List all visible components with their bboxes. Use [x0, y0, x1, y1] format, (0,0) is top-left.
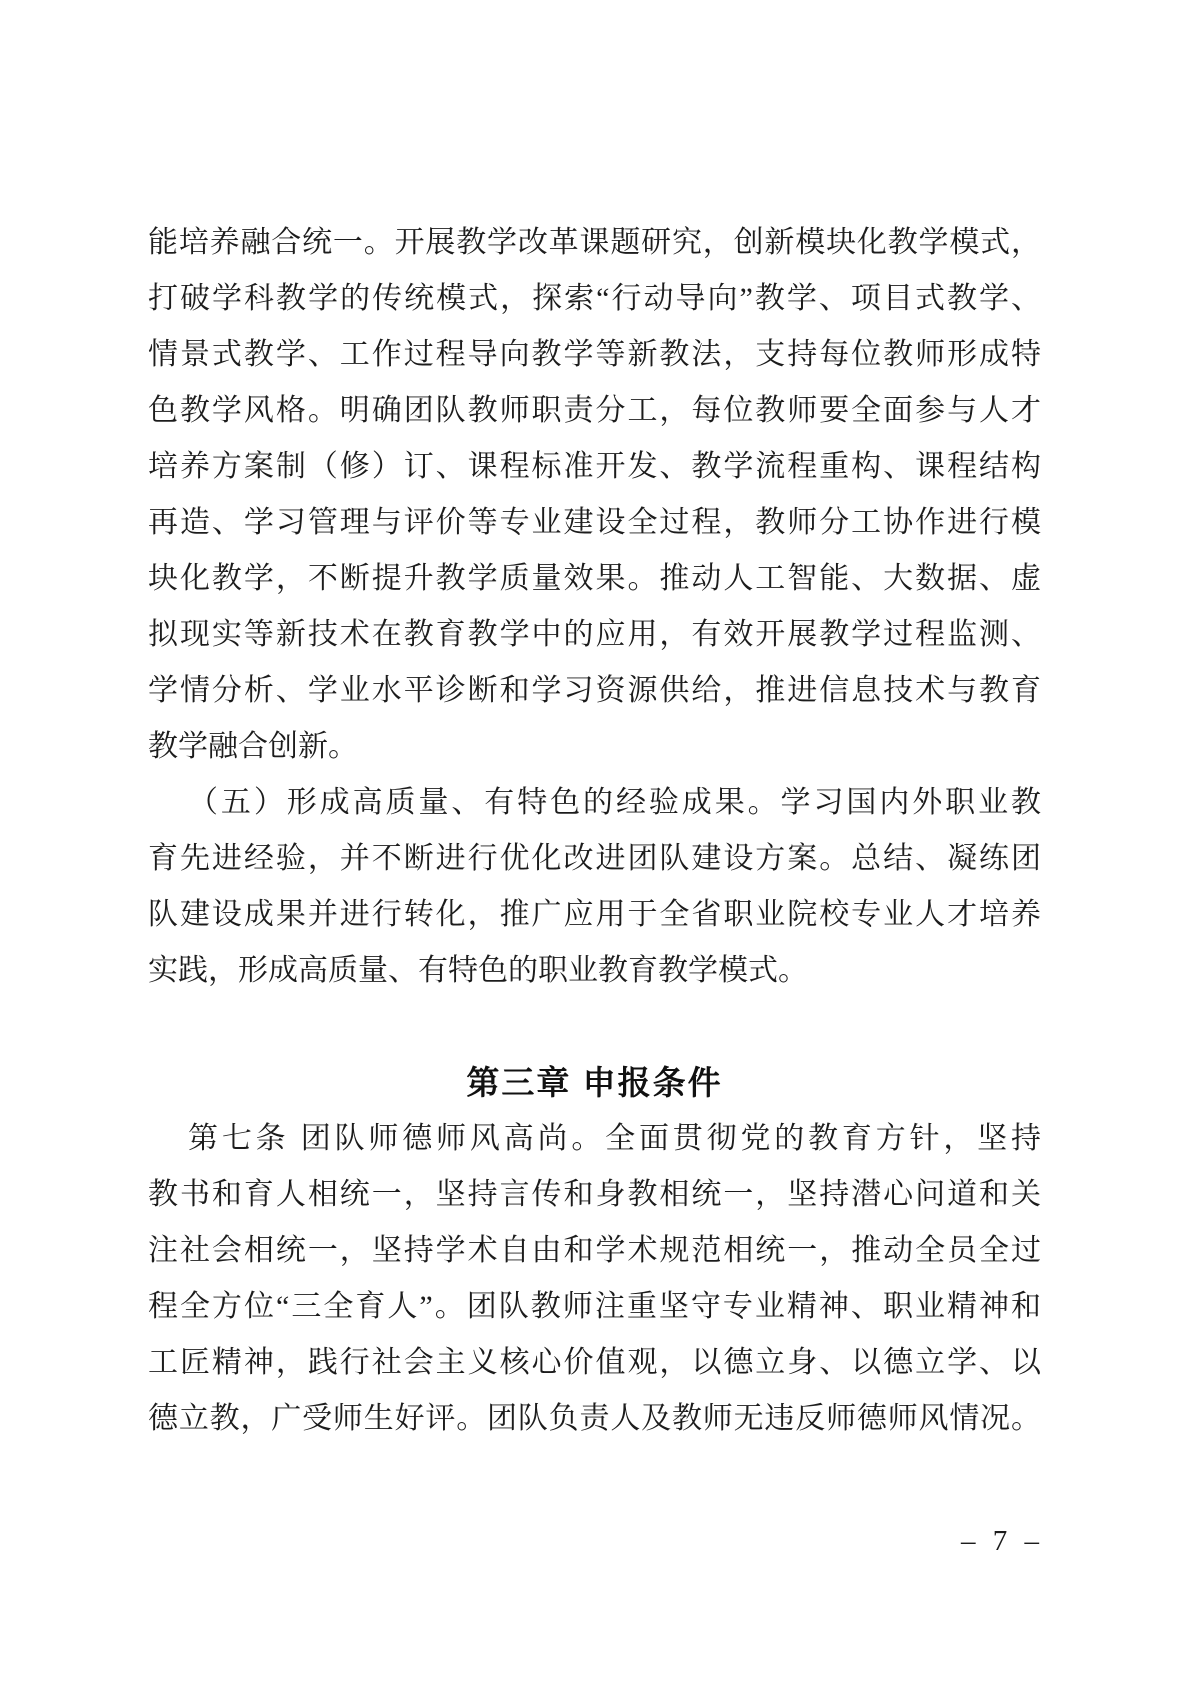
body-text-line: 德立教，广受师生好评。团队负责人及教师无违反师德师风情况。 [148, 1391, 1041, 1447]
body-text-line: 培养方案制（修）订、课程标准开发、教学流程重构、课程结构 [148, 439, 1041, 495]
body-text-line: 打破学科教学的传统模式，探索“行动导向”教学、项目式教学、 [148, 271, 1041, 327]
body-text-line: 色教学风格。明确团队教师职责分工，每位教师要全面参与人才 [148, 383, 1041, 439]
body-text-line: （五）形成高质量、有特色的经验成果。学习国内外职业教 [148, 775, 1041, 831]
body-text-line: 第七条 团队师德师风高尚。全面贯彻党的教育方针，坚持 [148, 1111, 1041, 1167]
blank-line [148, 999, 1041, 1055]
document-text-block: 能培养融合统一。开展教学改革课题研究，创新模块化教学模式， 打破学科教学的传统模… [148, 215, 1041, 1447]
chapter-heading: 第三章 申报条件 [148, 1055, 1041, 1111]
body-text-line: 队建设成果并进行转化，推广应用于全省职业院校专业人才培养 [148, 887, 1041, 943]
body-text-line: 学情分析、学业水平诊断和学习资源供给，推进信息技术与教育 [148, 663, 1041, 719]
page-number: – 7 – [961, 1521, 1044, 1561]
body-text-line: 再造、学习管理与评价等专业建设全过程，教师分工协作进行模 [148, 495, 1041, 551]
body-text-line: 程全方位“三全育人”。团队教师注重坚守专业精神、职业精神和 [148, 1279, 1041, 1335]
body-text-line: 块化教学，不断提升教学质量效果。推动人工智能、大数据、虚 [148, 551, 1041, 607]
body-text-line: 能培养融合统一。开展教学改革课题研究，创新模块化教学模式， [148, 215, 1041, 271]
body-text-line: 拟现实等新技术在教育教学中的应用，有效开展教学过程监测、 [148, 607, 1041, 663]
body-text-line: 工匠精神，践行社会主义核心价值观，以德立身、以德立学、以 [148, 1335, 1041, 1391]
body-text-line: 注社会相统一，坚持学术自由和学术规范相统一，推动全员全过 [148, 1223, 1041, 1279]
body-text-line: 教学融合创新。 [148, 719, 1041, 775]
body-text-line: 实践，形成高质量、有特色的职业教育教学模式。 [148, 943, 1041, 999]
body-text-line: 情景式教学、工作过程导向教学等新教法，支持每位教师形成特 [148, 327, 1041, 383]
document-page: 能培养融合统一。开展教学改革课题研究，创新模块化教学模式， 打破学科教学的传统模… [0, 0, 1190, 1683]
body-text-line: 育先进经验，并不断进行优化改进团队建设方案。总结、凝练团 [148, 831, 1041, 887]
body-text-line: 教书和育人相统一，坚持言传和身教相统一，坚持潜心问道和关 [148, 1167, 1041, 1223]
